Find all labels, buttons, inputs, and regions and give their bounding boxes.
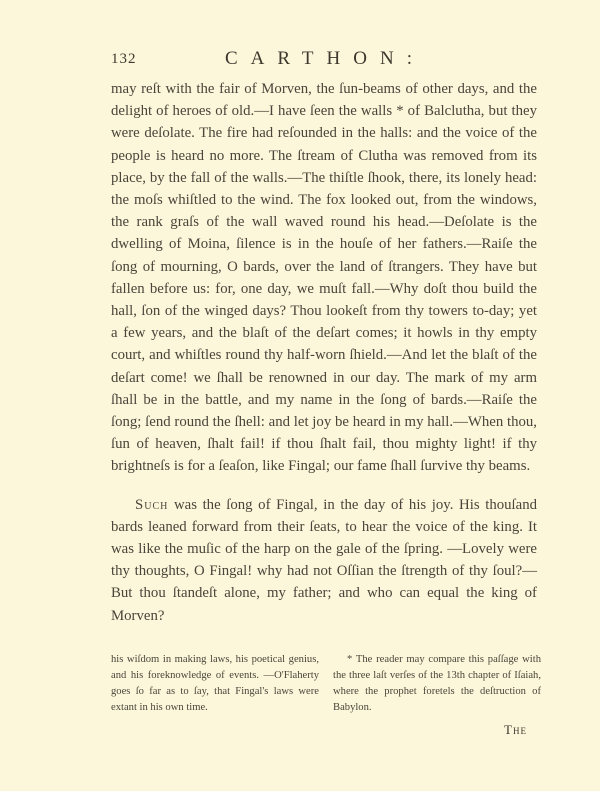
paragraph-lead-smallcaps: Such: [135, 497, 168, 513]
paragraph-text: may reſt with the fair of Morven, the ſu…: [111, 81, 537, 474]
footnotes: his wiſdom in making laws, his poetical …: [111, 652, 541, 716]
catchword: The: [504, 722, 527, 738]
paragraph: may reſt with the fair of Morven, the ſu…: [111, 78, 537, 478]
footnote-asterisk: * The reader may compare this paſſage wi…: [333, 652, 541, 716]
paragraph: Such was the ſong of Fingal, in the day …: [111, 494, 537, 627]
paragraph-text: was the ſong of Fingal, in the day of hi…: [111, 497, 537, 624]
footnote-continued: his wiſdom in making laws, his poetical …: [111, 652, 319, 716]
running-head: CARTHON:: [225, 48, 425, 70]
body-text: may reſt with the fair of Morven, the ſu…: [111, 78, 537, 627]
page-number: 132: [111, 51, 137, 68]
